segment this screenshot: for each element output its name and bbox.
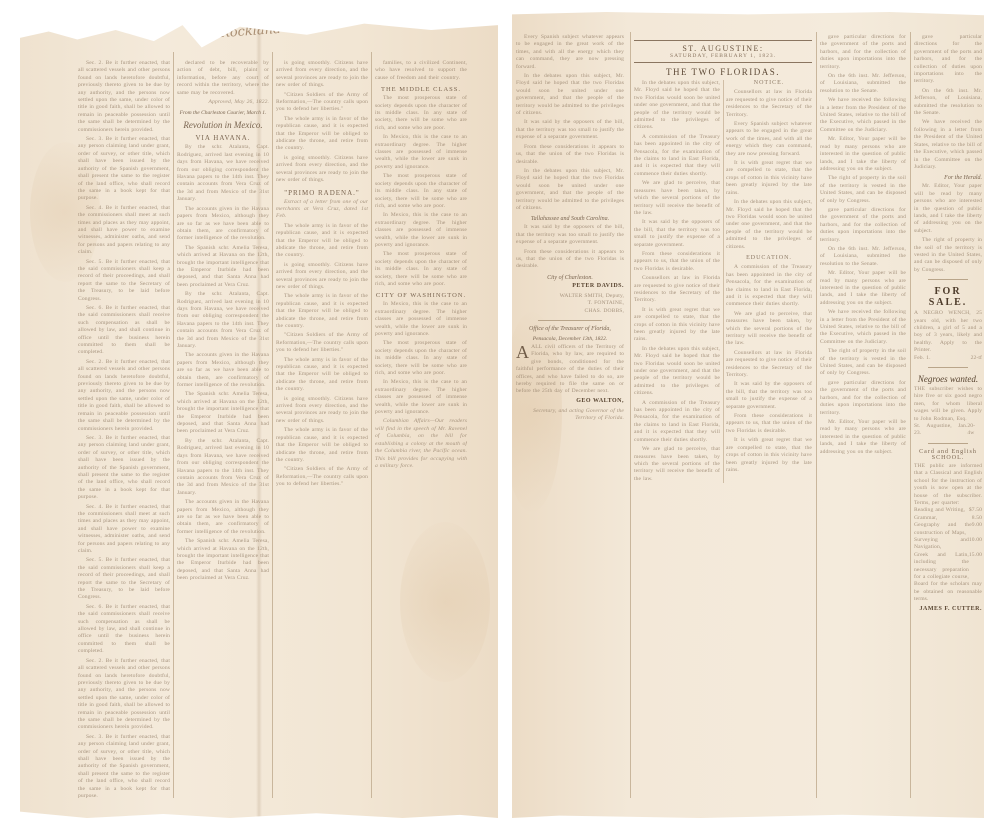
rate-row: Grammar,8.50 xyxy=(914,515,982,522)
rate-subject: Surveying and Navigation, xyxy=(914,537,969,552)
name-line: T. FONTAINE, xyxy=(516,300,624,307)
column-rule xyxy=(816,32,817,798)
paragraph: In the debates upon this subject, Mr. Fl… xyxy=(726,199,812,251)
notice-text: AALL civil officers of the Territory of … xyxy=(516,344,624,396)
notice-signature: GEO WALTON, xyxy=(516,398,624,404)
paragraph: In the debates upon this subject, Mr. Fl… xyxy=(516,73,624,117)
article-heading: CITY OF WASHINGTON. xyxy=(375,292,467,299)
column-rule xyxy=(371,52,372,798)
paragraph: gave particular directions for the gover… xyxy=(820,207,906,244)
column-text: In Mexico, this is the case to an extrao… xyxy=(375,301,467,470)
rate-row: Geography and the construction of Maps,9… xyxy=(914,522,982,537)
paragraph: Sec. 2. Be it further enacted, that all … xyxy=(78,658,170,732)
lead-headline: THE TWO FLORIDAS. xyxy=(634,67,812,77)
column-4: families, to a civilized Continent, who … xyxy=(375,60,467,818)
ad-heading-negroes-wanted: Negroes wanted. xyxy=(914,374,982,384)
paragraph: Every Spanish subject whatever appears t… xyxy=(516,34,624,71)
paragraph: families, to a civilized Continent, who … xyxy=(375,60,467,82)
ad-footer: Feb. 1. 22-tf xyxy=(914,355,982,362)
column-text: gave particular directions for the gover… xyxy=(914,34,982,171)
paragraph: is going smoothly. Citizens have arrived… xyxy=(276,396,368,426)
rate-subject: Greek and Latin, including the necessary… xyxy=(914,552,969,582)
column-rule xyxy=(910,32,911,798)
paragraph: We have received the following in a lett… xyxy=(820,97,906,134)
column-text: It was said by the opposers of the bill,… xyxy=(516,224,624,270)
paragraph: is going smoothly. Citizens have arrived… xyxy=(276,60,368,90)
paragraph: Mr. Editor, Your paper will be read by m… xyxy=(914,183,982,235)
paragraph: gave particular directions for the gover… xyxy=(914,34,982,86)
rate-price: 9.00 xyxy=(972,522,982,537)
column-7b: gave particular directions for the gover… xyxy=(914,34,982,818)
rate-price: 10.00 xyxy=(969,537,982,552)
article-heading: NOTICE. xyxy=(726,80,812,87)
paragraph: We are glad to perceive, that measures h… xyxy=(634,446,720,483)
paragraph: Sec. 3. Be it further enacted, that any … xyxy=(78,435,170,502)
masthead: ST. AUGUSTINE: SATURDAY, FEBRUARY 1, 182… xyxy=(634,40,812,63)
ad-date: St. Augustine, Jan. 23. xyxy=(914,423,967,438)
separator xyxy=(928,279,969,280)
column-5: Every Spanish subject whatever appears t… xyxy=(516,34,624,818)
paragraph: "Citizen Soldiers of the Army of Reforma… xyxy=(276,332,368,354)
masthead-title: ST. AUGUSTINE: xyxy=(634,44,812,53)
paragraph: Counsellors at law in Florida are reques… xyxy=(634,275,720,305)
paragraph: Sec. 6. Be it further enacted, that the … xyxy=(78,604,170,656)
signature: PETER DAVIDS. xyxy=(516,283,624,289)
drop-cap: A xyxy=(516,344,529,360)
paragraph: Every Spanish subject whatever appears t… xyxy=(726,121,812,158)
paragraph: In the debates upon this subject, Mr. Fl… xyxy=(634,346,720,398)
paragraph: Sec. 5. Be it further enacted, that the … xyxy=(78,259,170,303)
column-rule xyxy=(173,52,174,798)
article-heading: City of Charleston. xyxy=(516,275,624,281)
paragraph: Sec. 3. Be it further enacted, that any … xyxy=(78,136,170,203)
rate-row: Reading and Writing,$7.50 xyxy=(914,507,982,514)
paragraph: gave particular directions for the gover… xyxy=(820,34,906,71)
ad-signature: JAMES F. CUTTER. xyxy=(914,606,982,612)
paragraph: It is with great regret that we are comp… xyxy=(634,307,720,344)
name-line: WALTER SMITH, Deputy, xyxy=(516,293,624,300)
paragraph: It was said by the opposers of the bill,… xyxy=(634,219,720,249)
separator xyxy=(928,443,969,444)
paragraph: The right of property in the soil of the… xyxy=(914,237,982,274)
paragraph: In Mexico, this is the case to an extrao… xyxy=(375,134,467,171)
paragraph: It was said by the opposers of the bill,… xyxy=(516,224,624,246)
ad-text: A NEGRO WENCH, 25 years old, with her tw… xyxy=(914,310,982,354)
article-heading: "PRIMO RADENA." xyxy=(276,189,368,197)
separator xyxy=(928,367,969,368)
paragraph: Counsellors at law in Florida are reques… xyxy=(726,350,812,380)
column-text: Extract of a letter from one of our merc… xyxy=(276,199,368,489)
article-heading: Tallahassee and South Carolina. xyxy=(516,216,624,222)
paragraph: In Mexico, this is the case to an extrao… xyxy=(375,379,467,416)
rate-price: 15.00 xyxy=(969,552,982,582)
ad-closing: Board for the scholars may be obtained o… xyxy=(914,581,982,603)
ad-heading-for-sale: FOR SALE. xyxy=(914,286,982,308)
paragraph: We have received the following in a lett… xyxy=(820,309,906,346)
paragraph: "Citizen Soldiers of the Army of Reforma… xyxy=(276,466,368,488)
paragraph: Counsellors at law in Florida are reques… xyxy=(726,89,812,119)
paragraph: Sec. 5. Be it further enacted, that the … xyxy=(78,557,170,601)
paragraph: Sec. 4. Be it further enacted, that the … xyxy=(78,504,170,556)
rate-row: Surveying and Navigation,10.00 xyxy=(914,537,982,552)
paragraph: It was said by the opposers of the bill,… xyxy=(516,119,624,141)
paragraph: The whole army is in favor of the republ… xyxy=(276,357,368,394)
paragraph: It is with great regret that we are comp… xyxy=(726,437,812,474)
column-3: is going smoothly. Citizens have arrived… xyxy=(276,60,368,818)
paragraph: We are glad to perceive, that measures h… xyxy=(634,180,720,217)
paragraph: A commission of the Treasury has been ap… xyxy=(634,134,720,178)
name-line: CHAS. DOBBS, xyxy=(516,308,624,315)
paragraph: The most prosperous state of society dep… xyxy=(375,95,467,132)
paragraph: The most prosperous state of society dep… xyxy=(375,340,467,377)
paragraph: Sec. 3. Be it further enacted, that any … xyxy=(78,734,170,801)
paragraph: The whole army is in favor of the republ… xyxy=(276,293,368,330)
ad-date: Feb. 1. xyxy=(914,355,931,362)
paragraph: Sec. 4. Be it further enacted, that the … xyxy=(78,205,170,257)
paragraph: From these considerations it appears to … xyxy=(516,249,624,271)
paragraph: A commission of the Treasury has been ap… xyxy=(726,264,812,308)
column-text: The most prosperous state of society dep… xyxy=(375,95,467,288)
paragraph: Mr. Editor, Your paper will be read by m… xyxy=(820,270,906,307)
paragraph: The most prosperous state of society dep… xyxy=(375,173,467,210)
notice-body: ALL civil officers of the Territory of F… xyxy=(516,344,624,394)
paragraph: A commission of the Treasury has been ap… xyxy=(634,400,720,444)
paragraph: is going smoothly. Citizens have arrived… xyxy=(276,155,368,185)
paragraph: In the debates upon this subject, Mr. Fl… xyxy=(634,80,720,132)
paragraph: From these considerations it appears to … xyxy=(634,251,720,273)
column-7a: gave particular directions for the gover… xyxy=(820,34,906,818)
ad-footer: St. Augustine, Jan. 23. 20-4w xyxy=(914,423,982,438)
rate-subject: Geography and the construction of Maps, xyxy=(914,522,972,537)
rate-price: 8.50 xyxy=(972,515,982,522)
column-text: is going smoothly. Citizens have arrived… xyxy=(276,60,368,185)
newspaper-left-page: Rockland Sec. 2. Be it further enacted, … xyxy=(20,22,498,818)
ad-code: 20-4w xyxy=(967,423,982,438)
notice-heading: Office of the Treasurer of Florida, xyxy=(516,326,624,332)
paragraph: The most prosperous state of society dep… xyxy=(375,251,467,288)
paragraph: On the 6th inst. Mr. Jefferson, of Louis… xyxy=(914,88,982,118)
paragraph: Mr. Editor, Your paper will be read by m… xyxy=(820,136,906,173)
paragraph: We are glad to perceive, that measures h… xyxy=(726,311,812,348)
paragraph: Sec. 2. Be it further enacted, that all … xyxy=(78,60,170,134)
column-text: In the debates upon this subject, Mr. Fl… xyxy=(634,80,812,483)
column-rule xyxy=(630,32,631,798)
paragraph: The whole army is in favor of the republ… xyxy=(276,427,368,464)
column-text: families, to a civilized Continent, who … xyxy=(375,60,467,82)
paper-fold xyxy=(256,22,262,818)
paragraph: On the 6th inst. Mr. Jefferson, of Louis… xyxy=(820,73,906,95)
paragraph: Sec. 6. Be it further enacted, that the … xyxy=(78,305,170,357)
article-heading: EDUCATION. xyxy=(726,255,812,262)
ad-text: THE public are informed that a Classical… xyxy=(914,463,982,507)
ad-text: THE subscriber wishes to hire five or si… xyxy=(914,386,982,423)
paragraph: Mr. Editor, Your paper will be read by m… xyxy=(820,419,906,456)
paragraph: On the 6th inst. Mr. Jefferson, of Louis… xyxy=(820,246,906,268)
column-text: Mr. Editor, Your paper will be read by m… xyxy=(914,183,982,274)
column-text: gave particular directions for the gover… xyxy=(820,34,906,456)
rate-price: $7.50 xyxy=(969,507,982,514)
paragraph: The right of property in the soil of the… xyxy=(820,175,906,205)
paragraph: We have received the following in a lett… xyxy=(914,119,982,171)
paragraph: gave particular directions for the gover… xyxy=(820,380,906,417)
rate-row: Greek and Latin, including the necessary… xyxy=(914,552,982,582)
paragraph: It was said by the opposers of the bill,… xyxy=(726,381,812,411)
rate-subject: Reading and Writing, xyxy=(914,507,965,514)
masthead-date: SATURDAY, FEBRUARY 1, 1823. xyxy=(634,53,812,59)
paragraph: In Mexico, this is the case to an extrao… xyxy=(375,301,467,338)
column-text: Sec. 2. Be it further enacted, that all … xyxy=(78,60,170,800)
column-rule xyxy=(272,52,273,798)
rates-list: Reading and Writing,$7.50 Grammar,8.50 G… xyxy=(914,507,982,581)
paragraph: Sec. 2. Be it further enacted, that all … xyxy=(78,359,170,433)
article-heading: For the Herald. xyxy=(914,175,982,181)
paragraph: "Citizen Soldiers of the Army of Reforma… xyxy=(276,92,368,114)
paragraph: The whole army is in favor of the republ… xyxy=(276,223,368,260)
notice-sig-title: Secretary, and acting Governor of the Te… xyxy=(516,408,624,423)
paragraph: Extract of a letter from one of our merc… xyxy=(276,199,368,221)
paragraph: The right of property in the soil of the… xyxy=(820,348,906,378)
paragraph: is going smoothly. Citizens have arrived… xyxy=(276,262,368,292)
newspaper-right-page: Every Spanish subject whatever appears t… xyxy=(512,12,984,818)
paragraph: In Mexico, this is the case to an extrao… xyxy=(375,212,467,249)
column-6: ST. AUGUSTINE: SATURDAY, FEBRUARY 1, 182… xyxy=(634,34,812,818)
paragraph: In the debates upon this subject, Mr. Fl… xyxy=(516,168,624,212)
paragraph: Columbian Affairs—Our readers will find … xyxy=(375,418,467,470)
paragraph: The whole army is in favor of the republ… xyxy=(276,116,368,153)
column-text: Every Spanish subject whatever appears t… xyxy=(516,34,624,212)
ad-code: 22-tf xyxy=(971,355,982,362)
ad-heading-school: Card and English SCHOOL. xyxy=(914,449,982,461)
paragraph: It is with great regret that we are comp… xyxy=(726,160,812,197)
paragraph: From these considerations it appears to … xyxy=(726,413,812,435)
article-heading: THE MIDDLE CLASS. xyxy=(375,86,467,93)
handwritten-annotation: Rockland xyxy=(220,22,282,41)
column-1: Sec. 2. Be it further enacted, that all … xyxy=(78,60,170,818)
separator xyxy=(538,320,603,321)
paragraph: From these considerations it appears to … xyxy=(516,144,624,166)
rate-subject: Grammar, xyxy=(914,515,937,522)
notice-date: Pensacola, December 13th, 1822. xyxy=(516,336,624,342)
names-list: WALTER SMITH, Deputy, T. FONTAINE, CHAS.… xyxy=(516,293,624,315)
